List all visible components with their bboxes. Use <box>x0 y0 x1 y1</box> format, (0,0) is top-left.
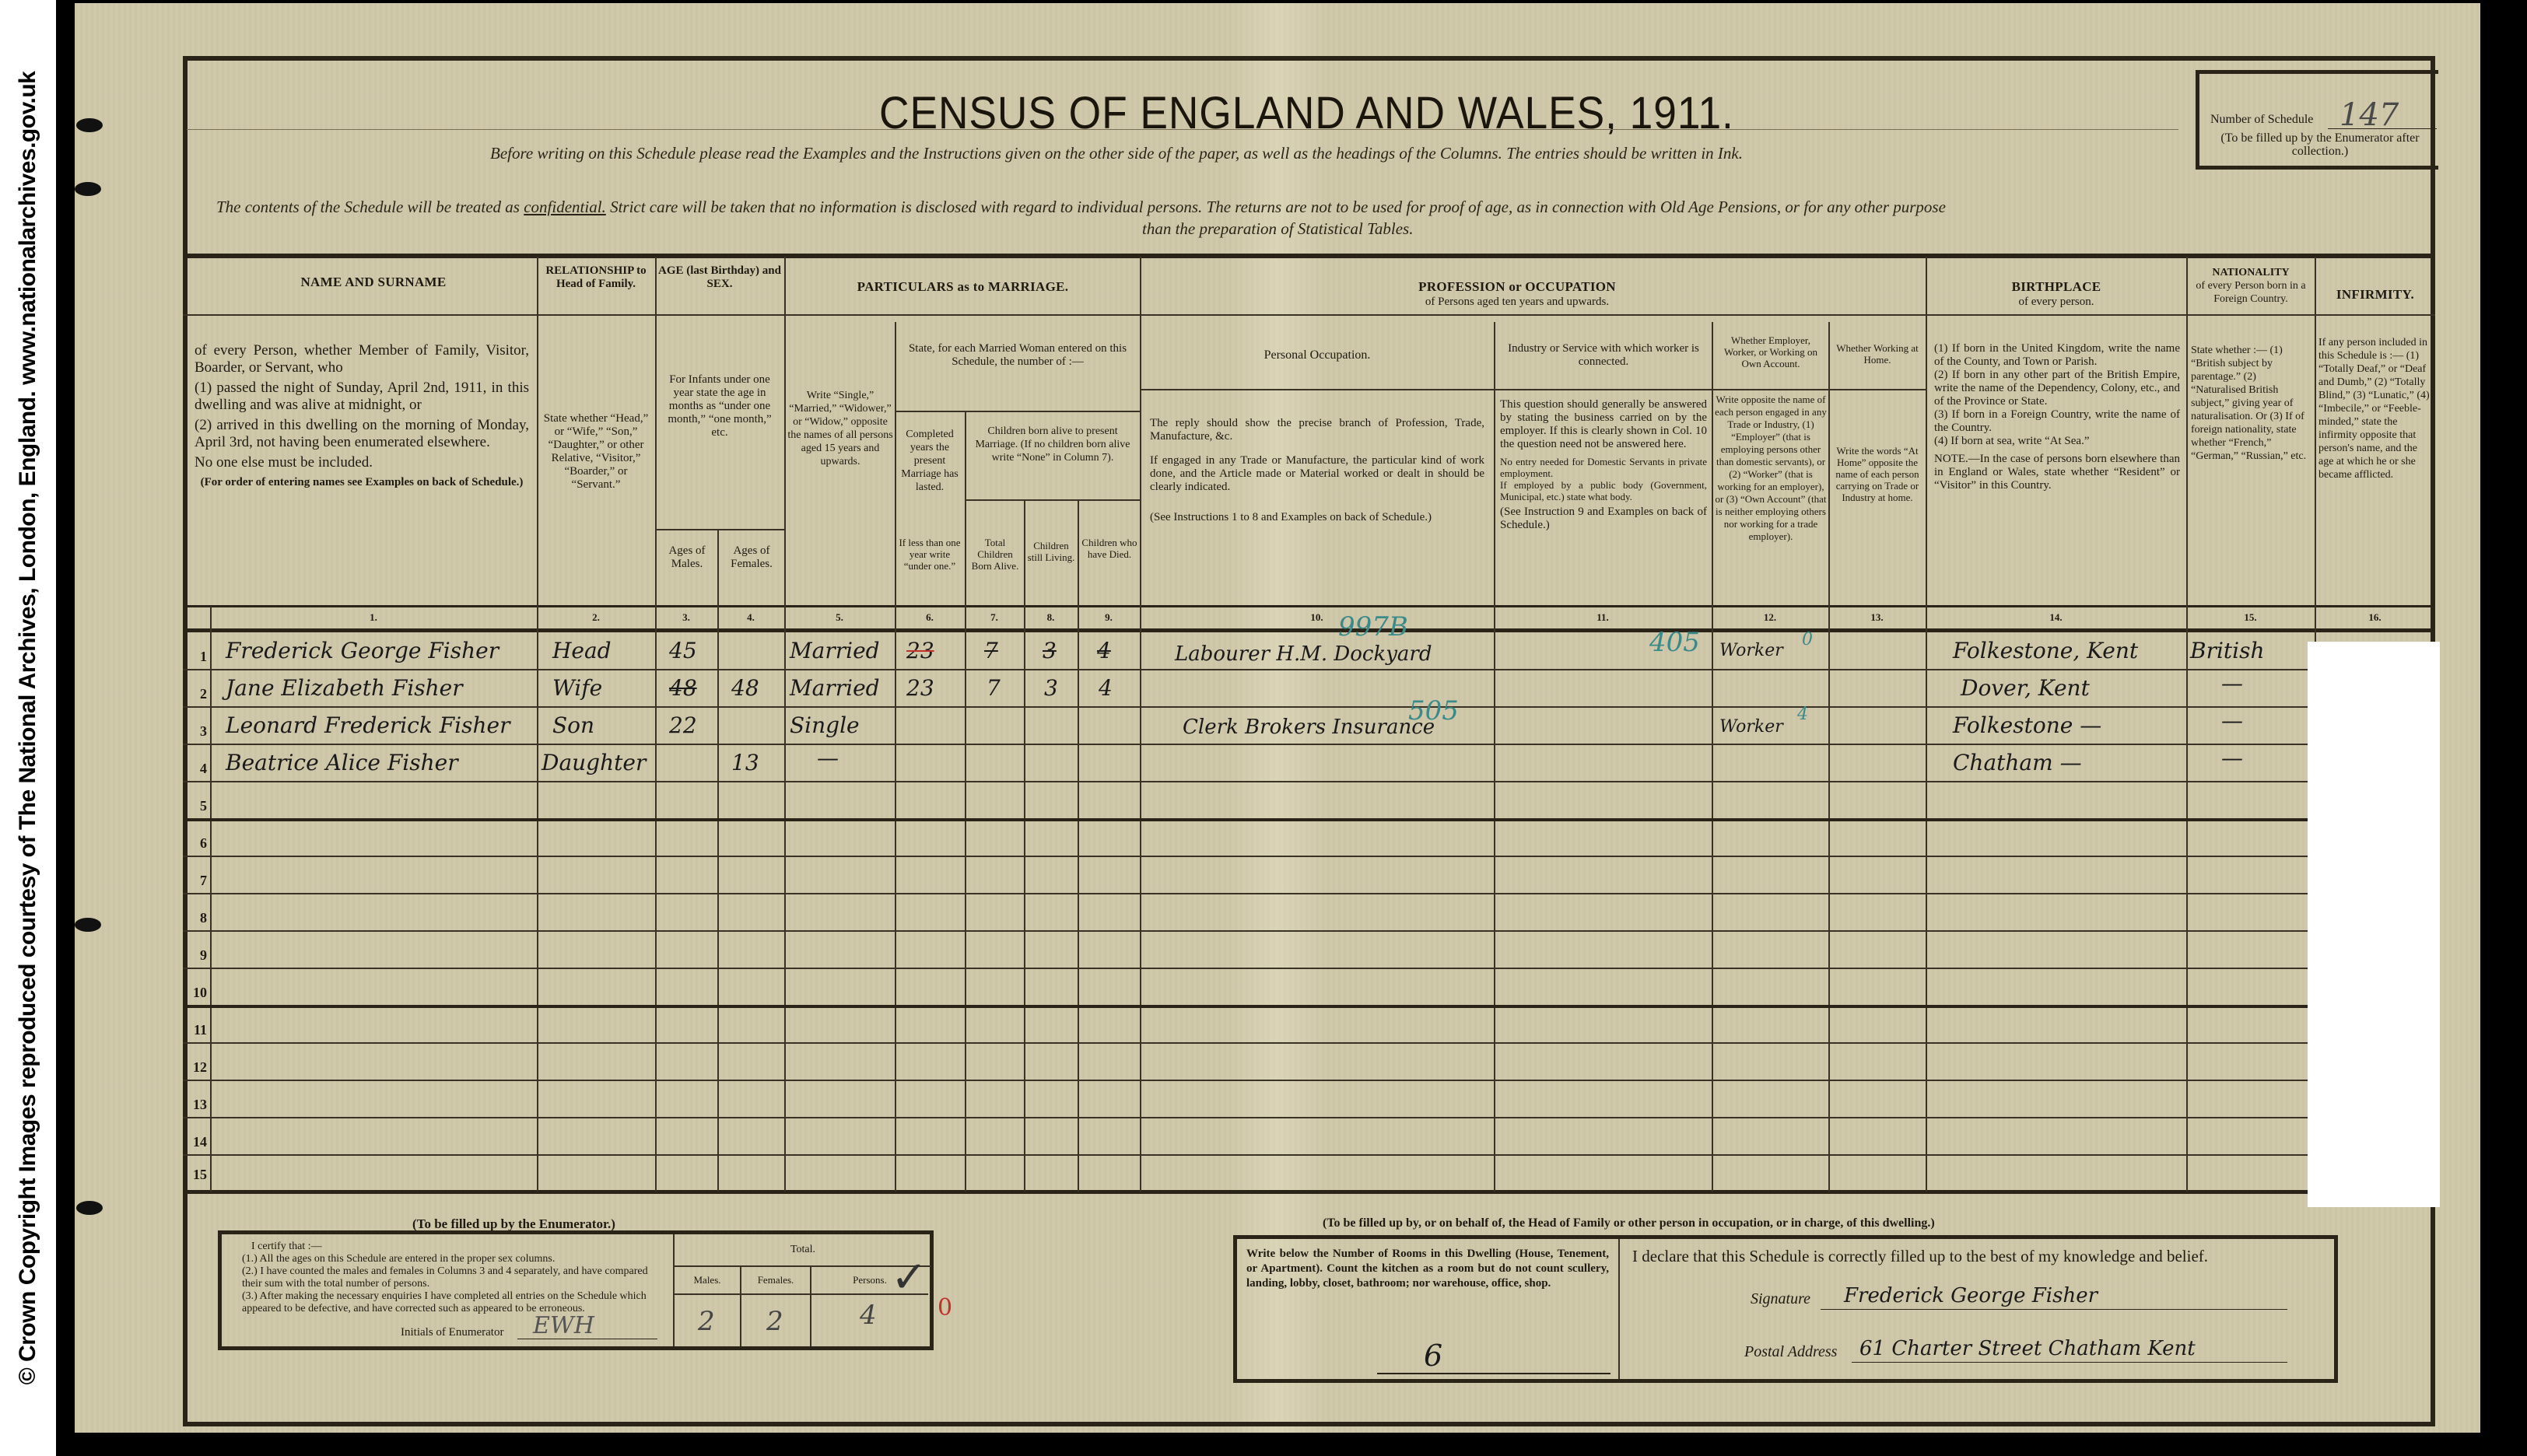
cell-nationality: British <box>2190 638 2265 663</box>
text: No entry needed for Domestic Servants in… <box>1500 456 1707 479</box>
address-line <box>1852 1362 2287 1363</box>
cell-condition: Married <box>790 675 880 701</box>
enumerator-certificate-box: I certify that :— (1.) All the ages on t… <box>218 1230 934 1350</box>
row-line <box>183 930 2435 932</box>
column-number: 2. <box>537 611 655 624</box>
cell-relationship: Wife <box>552 675 602 701</box>
text: If employed by a public body (Government… <box>1500 479 1707 502</box>
text: (1.) All the ages on this Schedule are e… <box>242 1253 662 1265</box>
document-title: CENSUS OF ENGLAND AND WALES, 1911. <box>879 87 1734 139</box>
row-number: 13 <box>184 1097 207 1113</box>
cell-children-living: 3 <box>1043 638 1057 663</box>
header-personal-desc: The reply should show the precise branch… <box>1150 417 1484 524</box>
instruction-line-2: The contents of the Schedule will be tre… <box>216 198 1946 217</box>
header-birthplace: BIRTHPLACE <box>1927 280 2185 293</box>
cell-nationality: — <box>2221 708 2243 733</box>
cell-name: Beatrice Alice Fisher <box>226 750 458 775</box>
header-personal-occupation: Personal Occupation. <box>1141 348 1493 362</box>
cell-years-married: 23 <box>906 638 934 663</box>
cell-name: Leonard Frederick Fisher <box>226 712 510 738</box>
instruction-text: Strict care will be taken that no inform… <box>606 198 1946 216</box>
rooms-line <box>1377 1373 1610 1374</box>
row-line <box>183 1005 2435 1008</box>
row-number: 9 <box>184 947 207 964</box>
cell-birthplace: Chatham — <box>1953 750 2082 775</box>
row-line <box>183 1042 2435 1044</box>
schedule-number-label: Number of Schedule <box>2210 113 2313 127</box>
text: NATIONALITY <box>2212 267 2289 278</box>
row-number: 4 <box>184 761 207 777</box>
signature-label: Signature <box>1751 1290 1810 1308</box>
address-value: 61 Charter Street Chatham Kent <box>1859 1337 2196 1360</box>
rooms-instruction: Write below the Number of Rooms in this … <box>1246 1247 1609 1291</box>
cell-relationship: Son <box>552 712 594 738</box>
header-industry: Industry or Service with which worker is… <box>1497 342 1710 369</box>
row-number: 15 <box>184 1167 207 1183</box>
text: (2) arrived in this dwelling on the morn… <box>195 417 529 451</box>
text: This question should generally be answer… <box>1500 398 1707 451</box>
cell-age-female: 13 <box>731 750 759 775</box>
header-children-total: Total Children Born Alive. <box>966 537 1024 572</box>
text: If engaged in any Trade or Manufacture, … <box>1150 454 1484 494</box>
cell-nationality: — <box>2221 745 2243 771</box>
text: No one else must be included. <box>195 454 529 471</box>
row-line <box>183 669 2435 670</box>
header-employer: Whether Employer, Worker, or Working on … <box>1714 334 1828 369</box>
cell-birthplace: Folkestone, Kent <box>1953 638 2138 663</box>
text: (See Instruction 9 and Examples on back … <box>1500 506 1707 532</box>
sub-divider <box>965 499 1140 501</box>
cell-children-died: 4 <box>1099 675 1113 701</box>
sub-divider <box>1140 389 1926 390</box>
header-employer-desc: Write opposite the name of each person e… <box>1714 394 1828 543</box>
cell-age-female: 48 <box>731 675 759 701</box>
punch-hole <box>75 918 101 932</box>
text: (3.) After making the necessary enquirie… <box>242 1290 662 1315</box>
schedule-number-note: (To be filled up by the Enumerator after… <box>2207 131 2433 158</box>
rooms-section: Write below the Number of Rooms in this … <box>1237 1239 1620 1379</box>
column-number: 12. <box>1712 611 1828 624</box>
red-mark: 0 <box>938 1294 952 1321</box>
text: NOTE.—In the case of persons born elsewh… <box>1934 453 2180 492</box>
text: of every Person born in a Foreign Countr… <box>2188 279 2314 306</box>
cell-birthplace: Folkestone — <box>1953 712 2101 738</box>
column-number: 14. <box>1926 611 2186 624</box>
total-persons: 4 <box>860 1300 877 1331</box>
certify-section: I certify that :— (1.) All the ages on t… <box>222 1234 675 1346</box>
row-number: 8 <box>184 910 207 926</box>
row-line <box>183 893 2435 894</box>
table-bottom <box>183 1190 2435 1194</box>
cell-children-total: 7 <box>987 675 1001 701</box>
cell-name: Jane Elizabeth Fisher <box>226 675 463 701</box>
header-bottom <box>183 605 2435 607</box>
text: (2) If born in any other part of the Bri… <box>1934 369 2180 408</box>
header-working-at-home: Whether Working at Home. <box>1830 342 1925 366</box>
cell-occupation: Labourer H.M. Dockyard <box>1175 642 1432 666</box>
row-number: 10 <box>184 985 207 1001</box>
total-females: 2 <box>766 1306 783 1337</box>
females-label: Females. <box>741 1267 811 1295</box>
header-birthplace-desc: (1) If born in the United Kingdom, write… <box>1934 342 2180 492</box>
cell-name: Frederick George Fisher <box>226 638 499 663</box>
column-number-rule <box>183 628 2435 632</box>
rooms-value: 6 <box>1424 1339 1442 1373</box>
column-number: 6. <box>895 611 965 624</box>
signature-line <box>1821 1309 2287 1310</box>
table-top-border <box>183 254 2435 258</box>
header-name-desc: of every Person, whether Member of Famil… <box>195 342 529 489</box>
col-line <box>810 1295 811 1346</box>
text: The reply should show the precise branch… <box>1150 417 1484 443</box>
instruction-line-1: Before writing on this Schedule please r… <box>490 144 1743 163</box>
schedule-number-box: Number of Schedule 147 (To be filled up … <box>2196 70 2438 170</box>
header-industry-desc: This question should generally be answer… <box>1500 398 1707 532</box>
header-occupation-subtitle: of Persons aged ten years and upwards. <box>1323 296 1712 309</box>
row-number: 7 <box>184 873 207 889</box>
sub-divider <box>895 411 1140 412</box>
row-line <box>183 1154 2435 1156</box>
col-line <box>1712 322 1713 1192</box>
row-number: 6 <box>184 835 207 852</box>
cell-condition: — <box>817 745 839 771</box>
row-number: 5 <box>184 798 207 814</box>
cell-occupation-code: 997B <box>1338 611 1408 642</box>
occupier-heading: (To be filled up by, or on behalf of, th… <box>1323 1216 1935 1230</box>
address-label: Postal Address <box>1744 1343 1837 1361</box>
col-line <box>2186 257 2188 1192</box>
cell-employer-code: 4 <box>1797 705 1808 724</box>
text: I certify that :— <box>242 1241 662 1253</box>
check-mark: ✓ <box>891 1252 927 1303</box>
row-number: 11 <box>184 1022 207 1038</box>
row-number: 2 <box>184 686 207 702</box>
text: of every Person, whether Member of Famil… <box>195 342 529 376</box>
punch-hole <box>76 1201 103 1215</box>
column-number: 5. <box>784 611 895 624</box>
col-line <box>537 257 538 1192</box>
instruction-text: The contents of the Schedule will be tre… <box>216 198 524 216</box>
header-occupation: PROFESSION or OCCUPATION <box>1323 280 1712 293</box>
row-number: 12 <box>184 1059 207 1076</box>
column-number: 8. <box>1024 611 1078 624</box>
initials-label: Initials of Enumerator <box>401 1326 503 1339</box>
cell-employer-code: 0 <box>1802 630 1813 649</box>
row-line <box>183 706 2435 708</box>
punch-hole <box>76 118 103 132</box>
enumerator-heading: (To be filled up by the Enumerator.) <box>412 1216 615 1232</box>
cell-birthplace: Dover, Kent <box>1961 675 2090 701</box>
col-line <box>210 607 212 1192</box>
column-number: 11. <box>1494 611 1712 624</box>
column-number: 13. <box>1828 611 1926 624</box>
signature-value: Frederick George Fisher <box>1844 1284 2098 1307</box>
confidential-text: confidential. <box>524 198 606 216</box>
header-home-desc: Write the words “At Home” opposite the n… <box>1830 445 1925 503</box>
col-line <box>1140 257 1141 1192</box>
header-infirmity-desc: If any person included in this Schedule … <box>2318 336 2432 481</box>
col-line <box>1078 501 1079 1192</box>
column-number: 9. <box>1078 611 1140 624</box>
cell-years-married: 23 <box>906 675 934 701</box>
cell-employer: Worker <box>1719 717 1783 737</box>
declaration-text: I declare that this Schedule is correctl… <box>1632 1247 2208 1266</box>
cell-age-male-crossed: 48 <box>669 675 697 701</box>
credit-text: © Crown Copyright Images reproduced cour… <box>15 72 41 1385</box>
header-age: AGE (last Birthday) and SEX. <box>657 264 783 291</box>
header-children: Children born alive to present Marriage.… <box>966 425 1139 464</box>
copyright-credit: © Crown Copyright Images reproduced cour… <box>0 0 56 1456</box>
row-line <box>183 818 2435 821</box>
col-line <box>1494 322 1495 1192</box>
column-number: 10. <box>1140 611 1494 624</box>
cell-children-died: 4 <box>1097 638 1111 663</box>
header-age-females: Ages of Females. <box>719 544 784 571</box>
column-number: 16. <box>2315 611 2435 624</box>
row-line <box>183 968 2435 969</box>
header-marriage-years-note: If less than one year write “under one.” <box>896 537 963 572</box>
redacted-infirmity-column <box>2308 642 2440 1207</box>
header-divider <box>183 314 2435 316</box>
header-marriage: PARTICULARS as to MARRIAGE. <box>786 280 1140 293</box>
cell-children-total: 7 <box>984 638 998 663</box>
row-line <box>183 1117 2435 1118</box>
col-line <box>965 412 966 1192</box>
col-line <box>717 529 719 1192</box>
row-number: 14 <box>184 1134 207 1150</box>
header-marriage-state: State, for each Married Woman entered on… <box>896 342 1139 369</box>
header-marriage-years: Completed years the present Marriage has… <box>896 428 963 494</box>
cell-age-male: 22 <box>669 712 697 738</box>
cell-condition: Married <box>790 638 880 663</box>
row-line <box>183 781 2435 782</box>
cell-relationship: Daughter <box>541 750 646 775</box>
header-nationality-desc: State whether :— (1) “British subject by… <box>2191 344 2311 463</box>
text: (3) If born in a Foreign Country, write … <box>1934 408 2180 435</box>
cell-occupation: Clerk Brokers Insurance <box>1183 716 1435 739</box>
column-number: 3. <box>655 611 717 624</box>
cell-occupation-code: 505 <box>1408 695 1459 726</box>
divider <box>187 129 2178 130</box>
header-relationship-desc: State whether “Head,” or “Wife,” “Son,” … <box>541 412 650 492</box>
col-line <box>1926 257 1927 1192</box>
header-children-living: Children still Living. <box>1025 540 1077 563</box>
instruction-line-3: than the preparation of Statistical Tabl… <box>1142 219 1413 239</box>
total-males: 2 <box>698 1306 715 1337</box>
row-line <box>183 1080 2435 1081</box>
header-birthplace-subtitle: of every person. <box>1927 296 2185 309</box>
cell-employer: Worker <box>1719 641 1783 660</box>
cell-age-male: 45 <box>669 638 697 663</box>
cell-children-living: 3 <box>1044 675 1058 701</box>
header-infirmity: INFIRMITY. <box>2316 288 2434 301</box>
header-marriage-condition: Write “Single,” “Married,” “Widower,” or… <box>787 389 893 468</box>
column-number: 15. <box>2186 611 2315 624</box>
cell-condition: Single <box>790 712 860 738</box>
males-label: Males. <box>675 1267 741 1295</box>
text: (1) passed the night of Sunday, April 2n… <box>195 380 529 414</box>
col-line <box>655 257 657 1192</box>
column-number: 7. <box>965 611 1024 624</box>
occupier-declaration-box: Write below the Number of Rooms in this … <box>1233 1235 2338 1383</box>
cell-industry-code: 405 <box>1649 627 1700 658</box>
header-nationality: NATIONALITYof every Person born in a For… <box>2188 266 2314 306</box>
row-line <box>183 744 2435 745</box>
col-line <box>1024 501 1025 1192</box>
row-number: 1 <box>184 649 207 665</box>
header-name: NAME AND SURNAME <box>210 275 537 289</box>
col-line <box>784 257 786 1192</box>
header-children-died: Children who have Died. <box>1079 537 1140 560</box>
header-age-desc: For Infants under one year state the age… <box>658 373 781 439</box>
text: (1) If born in the United Kingdom, write… <box>1934 342 2180 369</box>
header-relationship: RELATIONSHIP to Head of Family. <box>538 264 654 291</box>
certify-text: I certify that :— (1.) All the ages on t… <box>242 1241 662 1315</box>
cell-nationality: — <box>2221 670 2243 696</box>
underline <box>2328 128 2437 129</box>
text: (For order of entering names see Example… <box>195 476 529 489</box>
text: (4) If born at sea, write “At Sea.” <box>1934 435 2180 448</box>
row-line <box>183 856 2435 857</box>
row-number: 3 <box>184 723 207 740</box>
text: (2.) I have counted the males and female… <box>242 1265 662 1290</box>
text: (See Instructions 1 to 8 and Examples on… <box>1150 511 1484 524</box>
sub-divider <box>655 529 784 530</box>
punch-hole <box>75 182 101 196</box>
header-age-males: Ages of Males. <box>657 544 717 571</box>
column-number: 4. <box>717 611 784 624</box>
cell-relationship: Head <box>552 638 612 663</box>
initials-value: EWH <box>533 1312 594 1339</box>
col-line <box>740 1295 741 1346</box>
column-number: 1. <box>210 611 537 624</box>
